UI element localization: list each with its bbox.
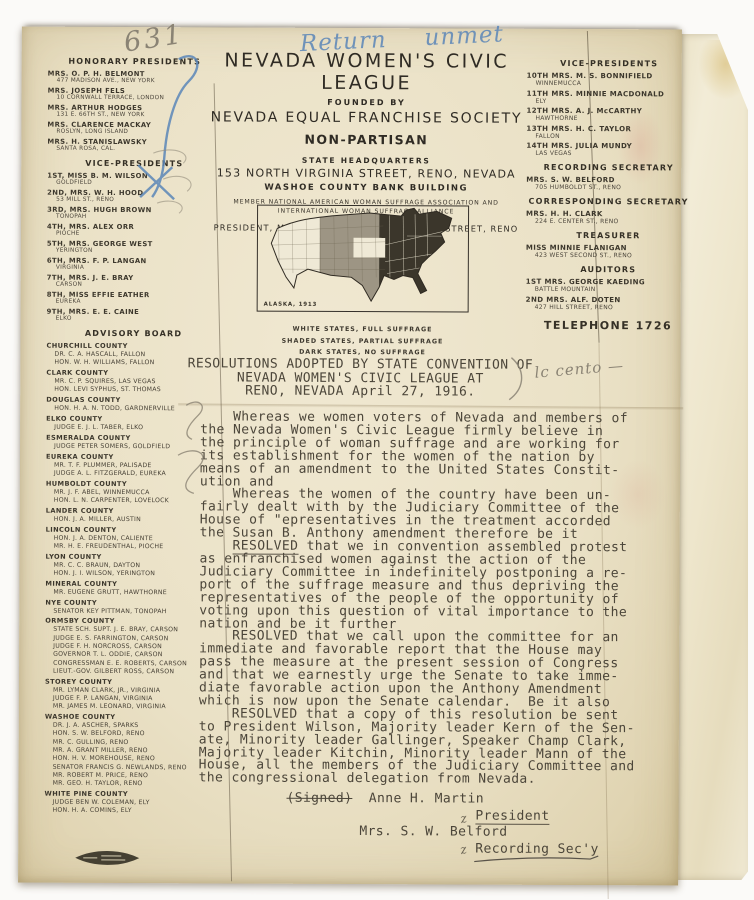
typed-resolution-body: Whereas we women voters of Nevada and me… bbox=[199, 411, 661, 787]
pencil-scribble-icon bbox=[133, 139, 213, 219]
officer-address: BATTLE MOUNTAIN bbox=[526, 286, 691, 294]
officer-address: EUREKA bbox=[47, 299, 221, 307]
president-signature: Anne H. Martin bbox=[369, 791, 484, 807]
officer-name: 9TH, MRS. E. E. CAINE bbox=[47, 308, 221, 317]
officer-section-heading: RECORDING SECRETARY bbox=[526, 163, 691, 173]
headquarters-building: WASHOE COUNTY BANK BUILDING bbox=[186, 182, 546, 194]
officer-entry: 11TH MRS. MINNIE MACDONALDELY bbox=[527, 89, 692, 105]
officer-entry: 14TH MRS. JULIA MUNDYLAS VEGAS bbox=[526, 142, 691, 158]
blue-word: unmet bbox=[424, 21, 504, 51]
pencil-paren-icon bbox=[505, 354, 529, 404]
us-suffrage-map-image bbox=[258, 206, 467, 311]
blue-word: Return bbox=[299, 27, 387, 57]
signature-line: zPresident bbox=[286, 807, 598, 825]
resolution-paragraph: RESOLVED that we in convention assembled… bbox=[199, 540, 659, 632]
officer-section-heading: TREASURER bbox=[526, 231, 691, 241]
resolution-title: RESOLUTIONS ADOPTED BY STATE CONVENTION … bbox=[170, 357, 550, 399]
county-heading: MINERAL COUNTY bbox=[45, 579, 219, 589]
pencil-underline-icon bbox=[472, 854, 602, 867]
officer-entry: 7TH, MRS. J. E. BRAYCARSON bbox=[47, 274, 221, 290]
scanned-document-photo: HONORARY PRESIDENTS MRS. O. P. H. BELMON… bbox=[0, 0, 754, 900]
officer-address: YERINGTON bbox=[47, 248, 221, 256]
officer-name: 13TH MRS. H. C. TAYLOR bbox=[526, 124, 691, 133]
advisory-member: MR. JAMES M. LEONARD, VIRGINIA bbox=[45, 703, 219, 712]
pencil-scribble-icon bbox=[168, 395, 228, 500]
telephone-line: TELEPHONE 1726 bbox=[526, 318, 691, 332]
officer-section-heading: CORRESPONDING SECRETARY bbox=[526, 197, 691, 207]
right-officer-column: VICE-PRESIDENTS 10TH MRS. M. S. BONNIFIE… bbox=[526, 59, 692, 332]
advisory-member: MR. GEO. H. TAYLOR, RENO bbox=[45, 780, 219, 789]
advisory-member: MR. H. E. FREUDENTHAL, PIOCHE bbox=[46, 543, 220, 552]
advisory-member: HON. H. V. MOREHOUSE, RENO bbox=[45, 755, 219, 764]
advisory-member: HON. J. A. MILLER, AUSTIN bbox=[46, 515, 220, 524]
resolution-paragraph: Whereas the women of the country have be… bbox=[200, 489, 660, 543]
officer-address: WINNEMUCCA bbox=[527, 80, 692, 88]
resolution-paragraph: Whereas we women voters of Nevada and me… bbox=[200, 411, 660, 490]
officer-entry: 10TH MRS. M. S. BONNIFIELDWINNEMUCCA bbox=[527, 72, 692, 88]
officer-name: 11TH MRS. MINNIE MACDONALD bbox=[527, 89, 692, 98]
map-legend-line: SHADED STATES, PARTIAL SUFFRAGE bbox=[246, 335, 478, 348]
advisory-member: MR. EUGENE GRUTT, HAWTHORNE bbox=[45, 588, 219, 597]
officer-entry: 2ND MRS. ALF. DOTEN427 HILL STREET, RENO bbox=[526, 295, 691, 311]
founded-by-label: FOUNDED BY bbox=[187, 97, 547, 108]
officer-address: HAWTHORNE bbox=[526, 115, 691, 123]
pencil-mark-icon: z bbox=[459, 840, 469, 858]
officer-entry: MRS. H. H. CLARK224 E. CENTER ST., RENO bbox=[526, 210, 691, 226]
signed-label: (Signed) bbox=[286, 791, 352, 806]
officer-entry: 5TH, MRS. GEORGE WESTYERINGTON bbox=[47, 240, 221, 256]
officer-entry: MRS. S. W. BELFORD705 HUMBOLDT ST., RENO bbox=[526, 176, 691, 192]
officer-address: LAS VEGAS bbox=[526, 150, 691, 158]
county-heading: STOREY COUNTY bbox=[45, 677, 219, 687]
officer-entry: 9TH, MRS. E. E. CAINEELKO bbox=[47, 308, 221, 324]
advisory-member: STATE SCH. SUPT. J. E. BRAY, CARSON bbox=[45, 626, 219, 635]
county-heading: LYON COUNTY bbox=[46, 552, 220, 562]
suffrage-map: ALASKA, 1913 bbox=[257, 205, 469, 313]
resolution-paragraph: RESOLVED that we call upon the committee… bbox=[199, 631, 659, 710]
officer-address: ELY bbox=[527, 97, 692, 105]
advisory-board-heading: ADVISORY BOARD bbox=[47, 329, 221, 339]
officer-entry: MISS MINNIE FLANIGAN423 WEST SECOND ST.,… bbox=[526, 244, 691, 260]
headquarters-label: STATE HEADQUARTERS bbox=[186, 155, 546, 166]
officer-address: 423 WEST SECOND ST., RENO bbox=[526, 252, 691, 260]
organization-name: NEVADA WOMEN'S CIVIC LEAGUE bbox=[187, 49, 547, 95]
county-heading: NYE COUNTY bbox=[45, 598, 219, 608]
officer-address: PIOCHE bbox=[47, 231, 221, 239]
officer-address: ELKO bbox=[47, 316, 221, 324]
map-legend: WHITE STATES, FULL SUFFRAGESHADED STATES… bbox=[246, 324, 478, 360]
signature-line: (Signed) Anne H. Martin bbox=[286, 791, 598, 809]
signature-block: (Signed) Anne H. Martin zPresident Mrs. … bbox=[286, 791, 599, 858]
secretary-signature: Mrs. S. W. Belford bbox=[359, 824, 507, 840]
officer-name: 2ND MRS. ALF. DOTEN bbox=[526, 295, 691, 304]
headquarters-address: 153 NORTH VIRGINIA STREET, RENO, NEVADA bbox=[186, 166, 546, 181]
advisory-member: HON. S. W. BELFORD, RENO bbox=[45, 730, 219, 739]
tape-stain bbox=[698, 40, 744, 100]
president-title: President bbox=[475, 808, 549, 824]
officer-entry: 8TH, MISS EFFIE EATHEREUREKA bbox=[47, 291, 221, 307]
officer-sections: RECORDING SECRETARYMRS. S. W. BELFORD705… bbox=[526, 163, 692, 311]
county-heading: LANDER COUNTY bbox=[46, 506, 220, 516]
map-legend-line: WHITE STATES, FULL SUFFRAGE bbox=[247, 324, 479, 337]
officer-address: FALLON bbox=[526, 132, 691, 140]
officer-address: VIRGINIA bbox=[47, 265, 221, 273]
officer-entry: 1ST MRS. GEORGE KAEDINGBATTLE MOUNTAIN bbox=[526, 278, 691, 294]
letter-sheet: HONORARY PRESIDENTS MRS. O. P. H. BELMON… bbox=[18, 27, 682, 886]
officer-entry: 6TH, MRS. F. P. LANGANVIRGINIA bbox=[47, 257, 221, 273]
advisory-member: HON. J. I. WILSON, YERINGTON bbox=[45, 570, 219, 579]
signature-line: Mrs. S. W. Belford bbox=[286, 824, 598, 842]
officer-entry: 12TH MRS. A. J. McCARTHYHAWTHORNE bbox=[526, 107, 691, 123]
officer-address: 224 E. CENTER ST., RENO bbox=[526, 218, 691, 226]
advisory-member: HON. H. A. COMINS, ELY bbox=[44, 807, 218, 816]
founder-name: NEVADA EQUAL FRANCHISE SOCIETY bbox=[186, 109, 546, 127]
officer-address: 705 HUMBOLDT ST., RENO bbox=[526, 184, 691, 192]
officer-address: 427 HILL STREET, RENO bbox=[526, 303, 691, 311]
vice-presidents-list-right: 10TH MRS. M. S. BONNIFIELDWINNEMUCCA11TH… bbox=[526, 72, 691, 158]
county-heading: LINCOLN COUNTY bbox=[46, 525, 220, 535]
officer-entry: 13TH MRS. H. C. TAYLORFALLON bbox=[526, 124, 691, 140]
resolution-paragraph: RESOLVED that a copy of this resolution … bbox=[199, 708, 659, 787]
advisory-member: GOVERNOR T. L. ODDIE, CARSON bbox=[45, 651, 219, 660]
officer-section-heading: AUDITORS bbox=[526, 265, 691, 275]
officer-address: CARSON bbox=[47, 282, 221, 290]
alaska-label: ALASKA, 1913 bbox=[264, 302, 318, 308]
advisory-member: LIEUT.-GOV. GILBERT ROSS, CARSON bbox=[45, 667, 219, 676]
printers-union-bug-icon bbox=[73, 851, 141, 865]
nonpartisan-label: NON-PARTISAN bbox=[186, 131, 546, 148]
vice-presidents-heading-right: VICE-PRESIDENTS bbox=[527, 59, 692, 69]
underlined-word: RESOLVED bbox=[232, 539, 298, 555]
advisory-member: SENATOR KEY PITTMAN, TONOPAH bbox=[45, 607, 219, 616]
